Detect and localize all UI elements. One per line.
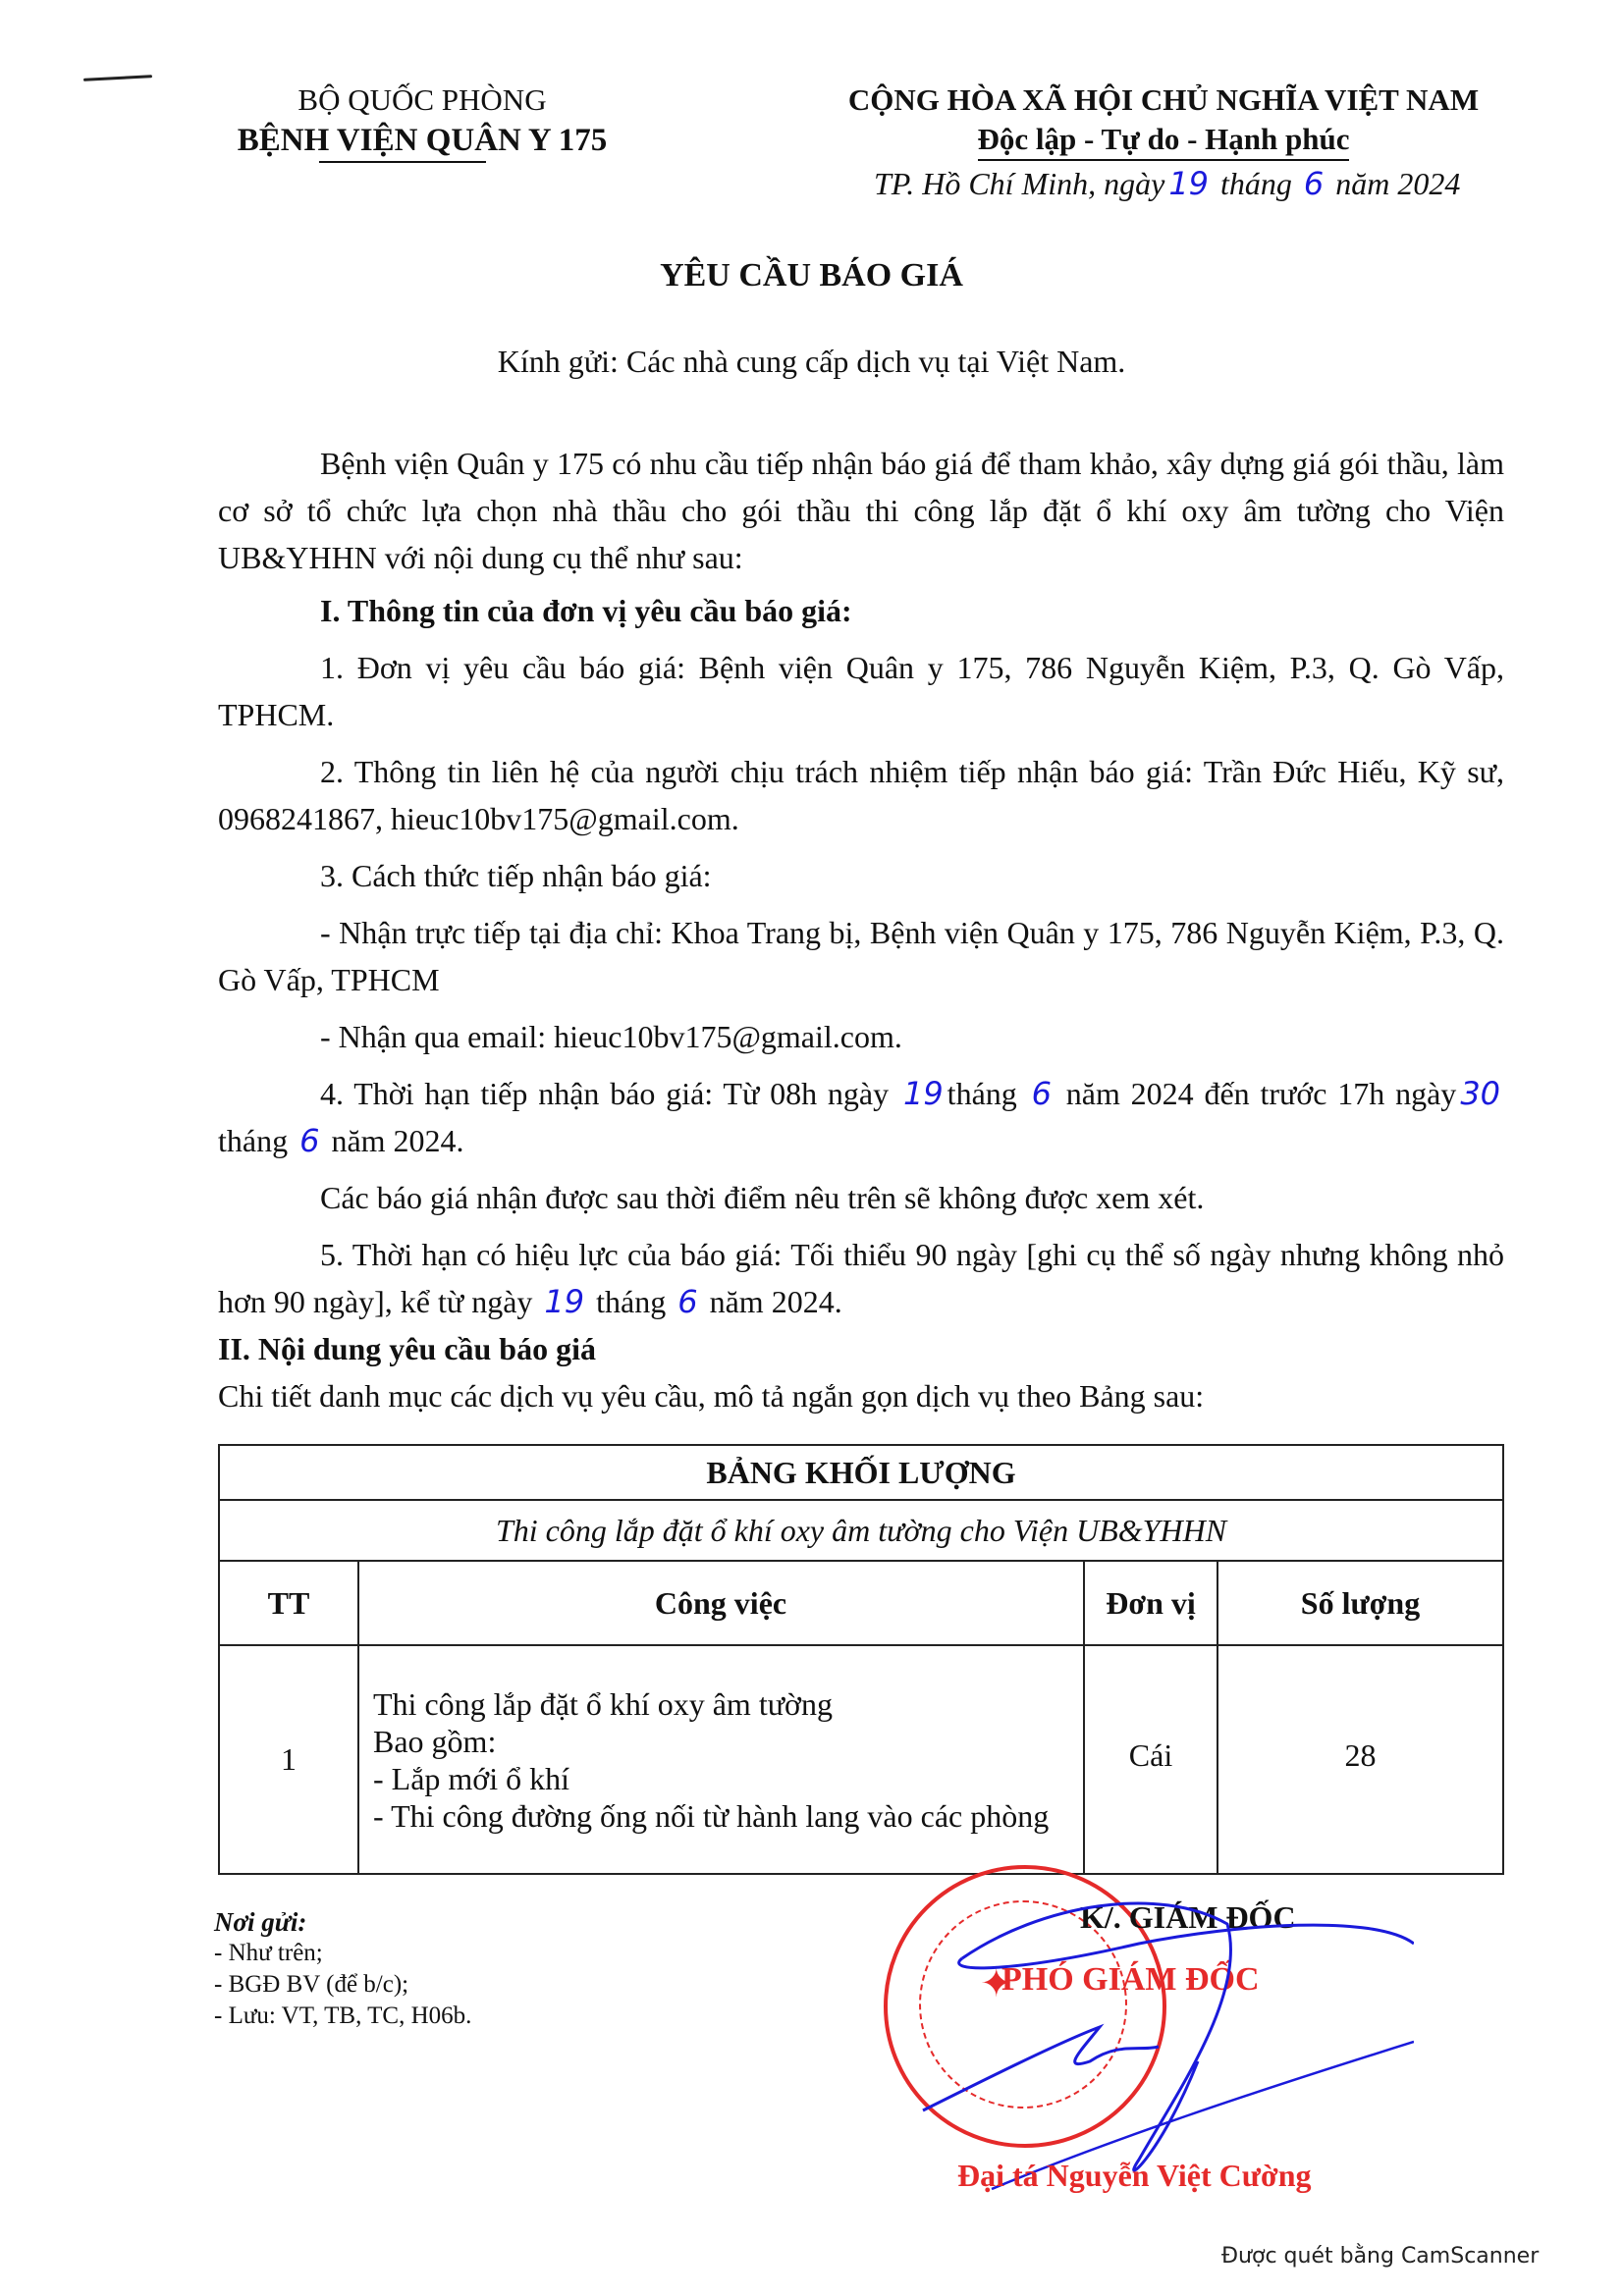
issuer-header: BỘ QUỐC PHÒNG BỆNH VIỆN QUÂN Y 175 — [167, 80, 677, 163]
table-header-row: TT Công việc Đơn vị Số lượng — [219, 1561, 1503, 1645]
table-row: 1 Thi công lắp đặt ổ khí oxy âm tường Ba… — [219, 1645, 1503, 1874]
column-header-quantity: Số lượng — [1217, 1561, 1503, 1645]
national-motto: Độc lập - Tự do - Hạnh phúc — [978, 120, 1350, 161]
handwritten-signature — [864, 1865, 1414, 2199]
header-underline — [319, 161, 486, 163]
recipients-heading: Nơi gửi: — [214, 1906, 471, 1938]
column-header-job: Công việc — [358, 1561, 1084, 1645]
recipient-item: - Lưu: VT, TB, TC, H06b. — [214, 2001, 471, 2032]
document-date: TP. Hồ Chí Minh, ngày19 tháng 6 năm 2024 — [874, 165, 1460, 202]
section-1-item-2: 2. Thông tin liên hệ của người chịu trác… — [218, 748, 1504, 842]
document-title: YÊU CẦU BÁO GIÁ — [0, 257, 1623, 294]
section-1-heading: I. Thông tin của đơn vị yêu cầu báo giá: — [218, 587, 1504, 634]
handwritten-month: 6 — [674, 1283, 701, 1320]
greeting: Kính gửi: Các nhà cung cấp dịch vụ tại V… — [0, 344, 1623, 380]
handwritten-month: 6 — [1300, 165, 1327, 202]
section-2-description: Chi tiết danh mục các dịch vụ yêu cầu, m… — [218, 1372, 1504, 1419]
pen-mark — [83, 75, 152, 81]
ministry-name: BỘ QUỐC PHÒNG — [167, 80, 677, 120]
handwritten-month: 6 — [1028, 1075, 1055, 1112]
section-1-item-5: 5. Thời hạn có hiệu lực của báo giá: Tối… — [218, 1231, 1504, 1325]
column-header-unit: Đơn vị — [1084, 1561, 1217, 1645]
hospital-name: BỆNH VIỆN QUÂN Y 175 — [167, 120, 677, 161]
handwritten-day: 19 — [540, 1283, 588, 1320]
nation-name: CỘNG HÒA XÃ HỘI CHỦ NGHĨA VIỆT NAM — [746, 80, 1581, 120]
table-subtitle: Thi công lắp đặt ổ khí oxy âm tường cho … — [219, 1500, 1503, 1561]
column-header-tt: TT — [219, 1561, 358, 1645]
section-1-note: Các báo giá nhận được sau thời điểm nêu … — [218, 1174, 1504, 1221]
section-1-item-4: 4. Thời hạn tiếp nhận báo giá: Từ 08h ng… — [218, 1070, 1504, 1164]
section-1-item-1: 1. Đơn vị yêu cầu báo giá: Bệnh viện Quâ… — [218, 644, 1504, 738]
section-1-item-3b: - Nhận qua email: hieuc10bv175@gmail.com… — [218, 1013, 1504, 1060]
national-header: CỘNG HÒA XÃ HỘI CHỦ NGHĨA VIỆT NAM Độc l… — [746, 80, 1581, 161]
recipients-block: Nơi gửi: - Như trên; - BGĐ BV (để b/c); … — [214, 1906, 471, 2032]
table-title: BẢNG KHỐI LƯỢNG — [219, 1445, 1503, 1500]
section-2-heading: II. Nội dung yêu cầu báo giá — [218, 1325, 1504, 1372]
handwritten-month: 6 — [296, 1122, 323, 1159]
handwritten-day: 30 — [1456, 1075, 1504, 1112]
cell-quantity: 28 — [1217, 1645, 1503, 1874]
intro-paragraph: Bệnh viện Quân y 175 có nhu cầu tiếp nhậ… — [218, 440, 1504, 581]
signer-name: Đại tá Nguyễn Việt Cường — [957, 2158, 1311, 2194]
cell-job: Thi công lắp đặt ổ khí oxy âm tường Bao … — [358, 1645, 1084, 1874]
cell-unit: Cái — [1084, 1645, 1217, 1874]
recipient-item: - Như trên; — [214, 1938, 471, 1969]
cell-tt: 1 — [219, 1645, 358, 1874]
section-1-item-3: 3. Cách thức tiếp nhận báo giá: — [218, 852, 1504, 899]
recipient-item: - BGĐ BV (để b/c); — [214, 1969, 471, 2001]
quantity-table: BẢNG KHỐI LƯỢNG Thi công lắp đặt ổ khí o… — [218, 1444, 1504, 1875]
scanner-watermark: Được quét bằng CamScanner — [1221, 2244, 1539, 2269]
document-body: Bệnh viện Quân y 175 có nhu cầu tiếp nhậ… — [218, 440, 1504, 1419]
handwritten-day: 19 — [1164, 165, 1213, 202]
handwritten-day: 19 — [899, 1075, 947, 1112]
section-1-item-3a: - Nhận trực tiếp tại địa chỉ: Khoa Trang… — [218, 909, 1504, 1003]
